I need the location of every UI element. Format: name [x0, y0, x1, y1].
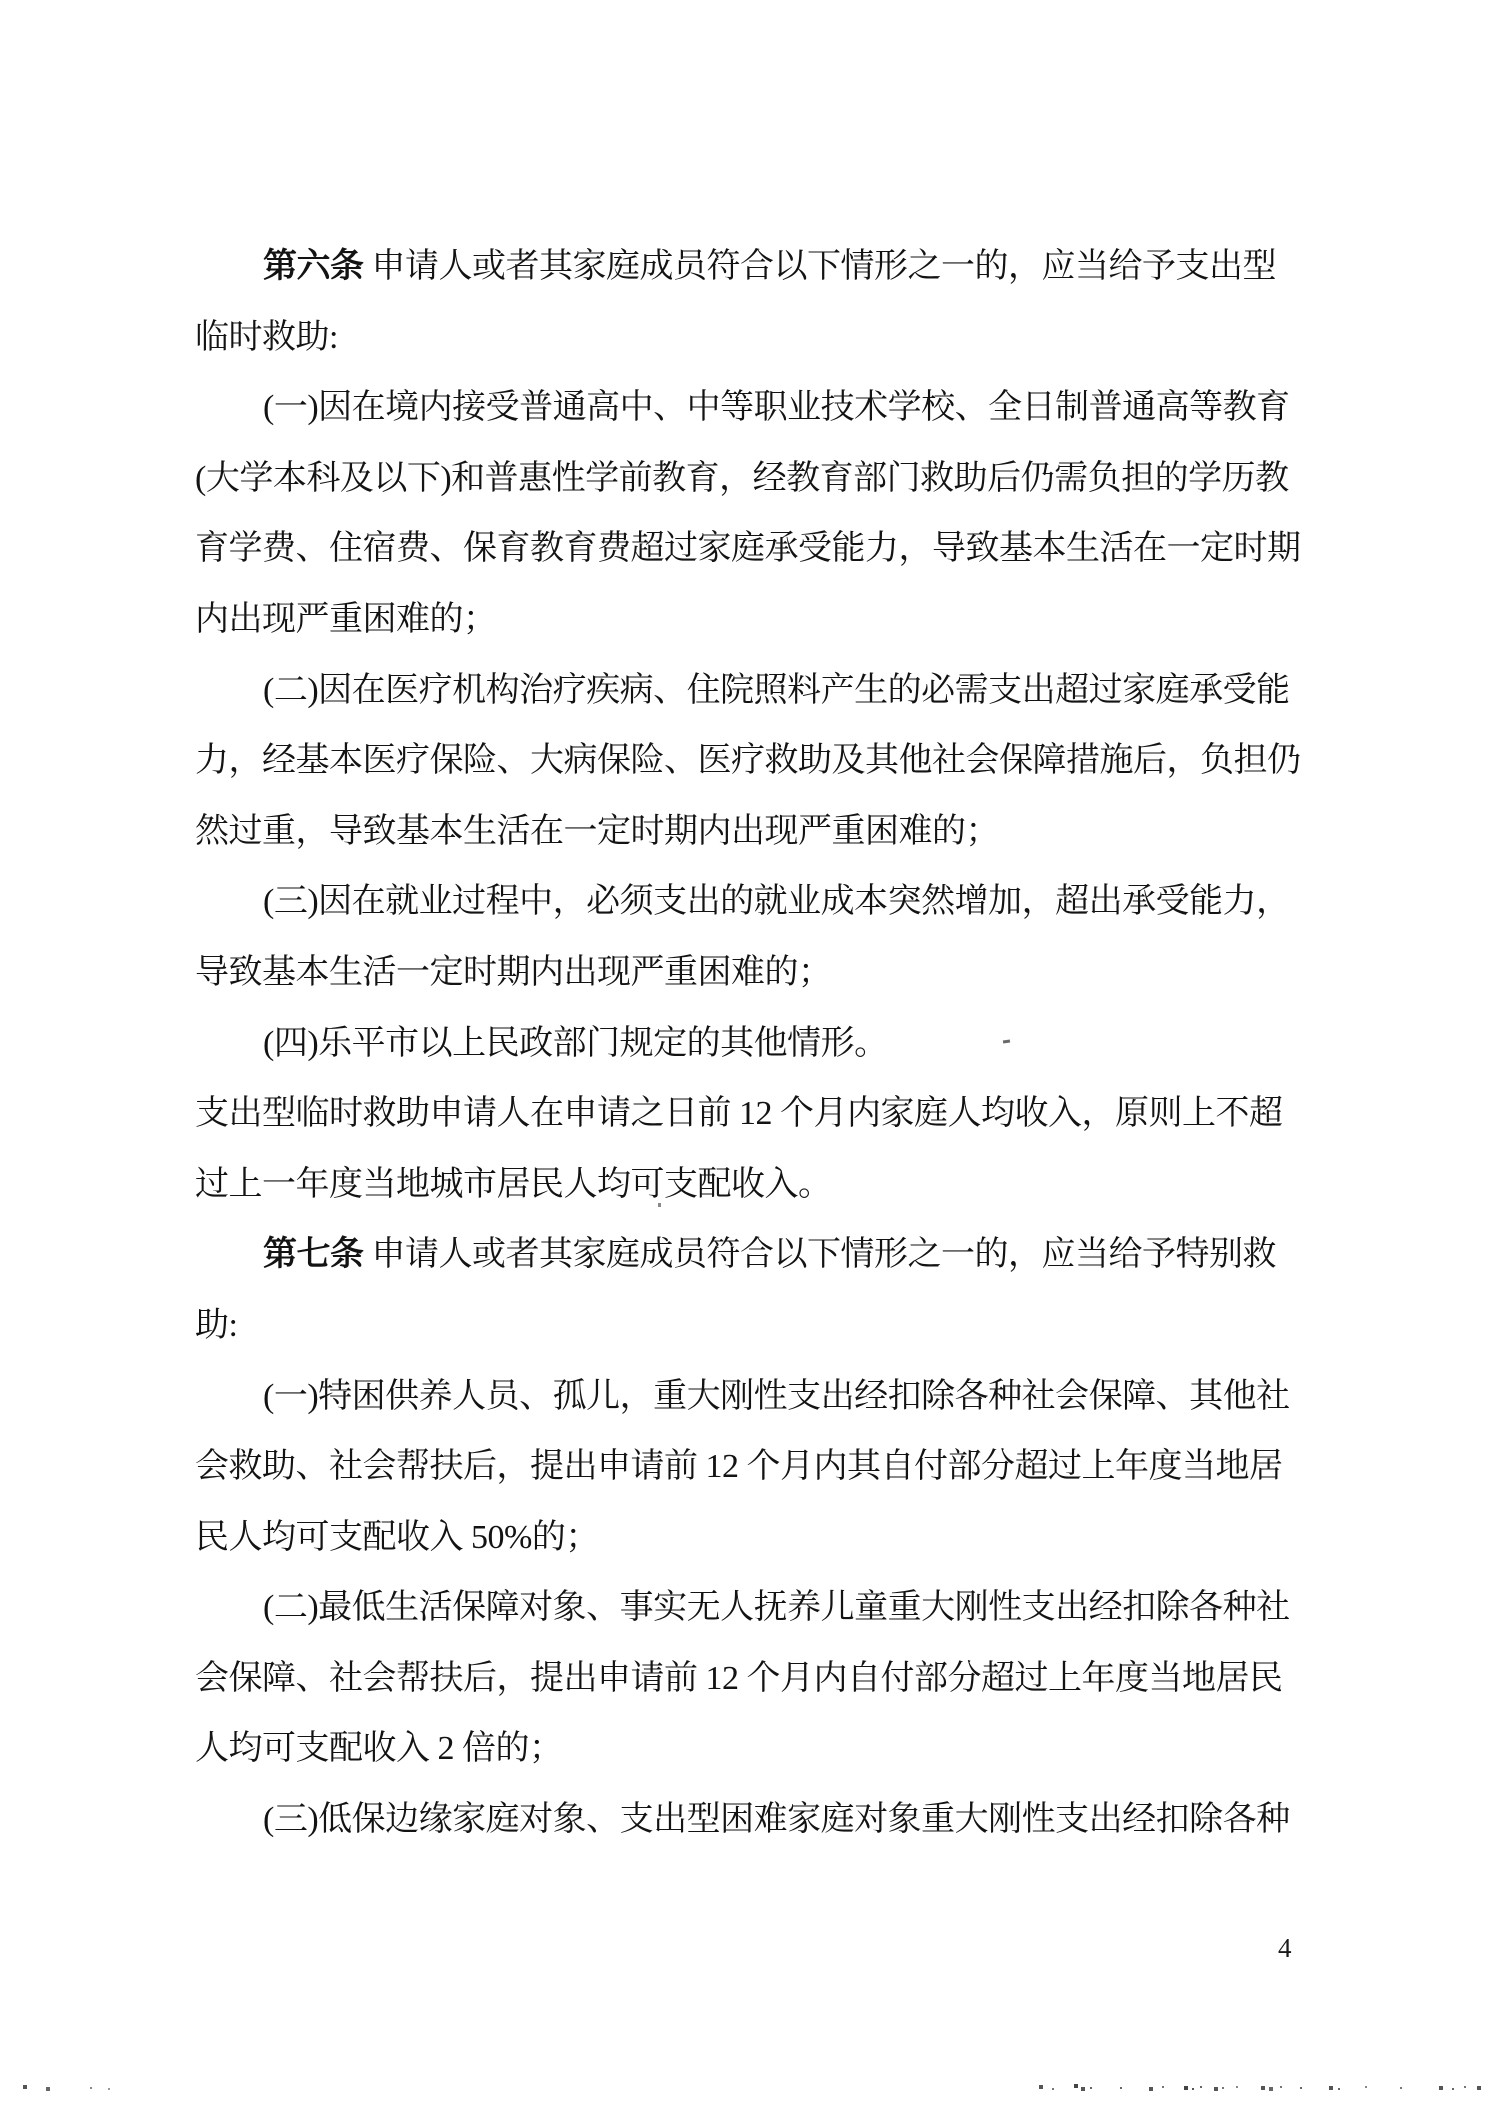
text-line-content: (三)因在就业过程中，必须支出的就业成本突然增加，超出承受能力，: [263, 883, 1290, 920]
text-line-content: 导致基本生活一定时期内出现严重困难的；: [195, 954, 832, 991]
text-line-content: 支出型临时救助申请人在申请之日前 12 个月内家庭人均收入，原则上不超: [195, 1095, 1283, 1132]
scanned-document-page: 第六条 申请人或者其家庭成员符合以下情形之一的，应当给予支出型 临时救助: (一…: [0, 0, 1488, 2106]
text-line-content: 申请人或者其家庭成员符合以下情形之一的，应当给予支出型: [364, 248, 1277, 285]
text-line-content: 申请人或者其家庭成员符合以下情形之一的，应当给予特别救: [364, 1236, 1277, 1273]
text-line: (二)因在医疗机构治疗疾病、住院照料产生的必需支出超过家庭承受能: [195, 656, 1313, 727]
text-line-content: (三)低保边缘家庭对象、支出型困难家庭对象重大刚性支出经扣除各种: [263, 1801, 1290, 1838]
text-line: 第七条 申请人或者其家庭成员符合以下情形之一的，应当给予特别救: [195, 1220, 1313, 1291]
scan-artifact-dot: [658, 1203, 661, 1207]
text-line: 育学费、住宿费、保育教育费超过家庭承受能力，导致基本生活在一定时期: [195, 514, 1313, 585]
text-line-content: 育学费、住宿费、保育教育费超过家庭承受能力，导致基本生活在一定时期: [195, 530, 1301, 567]
text-line-content: 会保障、社会帮扶后，提出申请前 12 个月内自付部分超过上年度当地居民: [195, 1660, 1283, 1697]
text-line-content: 人均可支配收入 2 倍的；: [195, 1730, 563, 1767]
text-line-content: (四)乐平市以上民政部门规定的其他情形。: [263, 1025, 888, 1062]
text-line-content: 过上一年度当地城市居民人均可支配收入。: [195, 1166, 832, 1203]
text-line: 然过重，导致基本生活在一定时期内出现严重困难的；: [195, 797, 1313, 868]
text-line: 会救助、社会帮扶后，提出申请前 12 个月内其自付部分超过上年度当地居: [195, 1432, 1313, 1503]
text-line-content: (大学本科及以下)和普惠性学前教育，经教育部门救助后仍需负担的学历教: [195, 460, 1289, 497]
text-line-content: (一)特困供养人员、孤儿，重大刚性支出经扣除各种社会保障、其他社: [263, 1378, 1290, 1415]
text-line: (大学本科及以下)和普惠性学前教育，经教育部门救助后仍需负担的学历教: [195, 444, 1313, 515]
text-line-content: 临时救助:: [195, 319, 338, 356]
text-line: (一)特困供养人员、孤儿，重大刚性支出经扣除各种社会保障、其他社: [195, 1362, 1313, 1433]
text-line-content: (二)最低生活保障对象、事实无人抚养儿童重大刚性支出经扣除各种社: [263, 1589, 1290, 1626]
text-line-content: 然过重，导致基本生活在一定时期内出现严重困难的；: [195, 813, 999, 850]
text-line-content: (二)因在医疗机构治疗疾病、住院照料产生的必需支出超过家庭承受能: [263, 672, 1290, 709]
text-line: 助:: [195, 1291, 1313, 1362]
text-line: 临时救助:: [195, 303, 1313, 374]
text-line: 人均可支配收入 2 倍的；: [195, 1714, 1313, 1785]
article-number-label: 第七条: [263, 1236, 364, 1273]
text-line-content: 会救助、社会帮扶后，提出申请前 12 个月内其自付部分超过上年度当地居: [195, 1448, 1283, 1485]
text-line: (二)最低生活保障对象、事实无人抚养儿童重大刚性支出经扣除各种社: [195, 1573, 1313, 1644]
page-number: 4: [1278, 1928, 1292, 1968]
text-line: 第六条 申请人或者其家庭成员符合以下情形之一的，应当给予支出型: [195, 232, 1313, 303]
text-line: (四)乐平市以上民政部门规定的其他情形。: [195, 1009, 1313, 1080]
text-line: (三)低保边缘家庭对象、支出型困难家庭对象重大刚性支出经扣除各种: [195, 1785, 1313, 1856]
text-line: 会保障、社会帮扶后，提出申请前 12 个月内自付部分超过上年度当地居民: [195, 1644, 1313, 1715]
scan-noise-band: [0, 2082, 2, 2084]
text-line-content: 力，经基本医疗保险、大病保险、医疗救助及其他社会保障措施后，负担仍: [195, 742, 1301, 779]
text-line: 支出型临时救助申请人在申请之日前 12 个月内家庭人均收入，原则上不超: [195, 1079, 1313, 1150]
text-line: 过上一年度当地城市居民人均可支配收入。: [195, 1150, 1313, 1221]
article-number-label: 第六条: [263, 248, 364, 285]
text-line-content: 内出现严重困难的；: [195, 601, 497, 638]
text-line-content: 助:: [195, 1307, 237, 1344]
text-line: 力，经基本医疗保险、大病保险、医疗救助及其他社会保障措施后，负担仍: [195, 726, 1313, 797]
text-line: (三)因在就业过程中，必须支出的就业成本突然增加，超出承受能力，: [195, 867, 1313, 938]
text-line-content: 民人均可支配收入 50%的；: [195, 1519, 599, 1556]
text-line-content: (一)因在境内接受普通高中、中等职业技术学校、全日制普通高等教育: [263, 389, 1290, 426]
text-line: 导致基本生活一定时期内出现严重困难的；: [195, 938, 1313, 1009]
text-line: 民人均可支配收入 50%的；: [195, 1503, 1313, 1574]
document-body: 第六条 申请人或者其家庭成员符合以下情形之一的，应当给予支出型 临时救助: (一…: [195, 232, 1313, 1856]
text-line: 内出现严重困难的；: [195, 585, 1313, 656]
text-line: (一)因在境内接受普通高中、中等职业技术学校、全日制普通高等教育: [195, 373, 1313, 444]
